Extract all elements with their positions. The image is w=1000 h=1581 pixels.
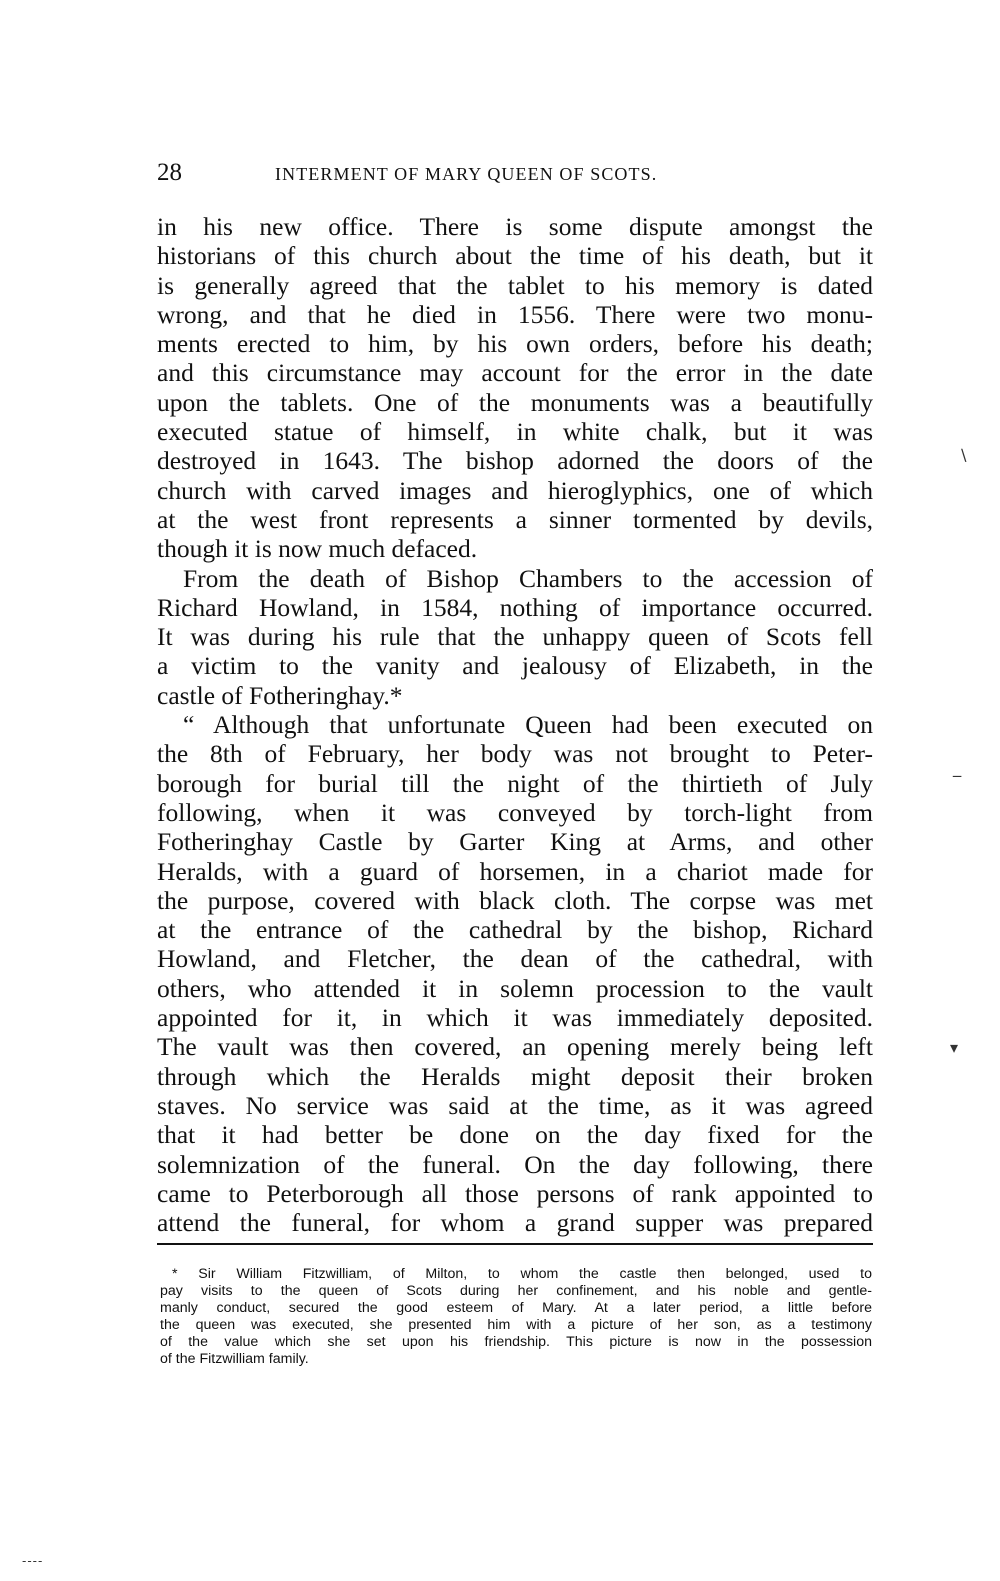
body-line: following, when it was conveyed by torch… bbox=[157, 798, 873, 827]
body-line: appointed for it, in which it was immedi… bbox=[157, 1003, 873, 1032]
body-line: is generally agreed that the tablet to h… bbox=[157, 271, 873, 300]
body-line: upon the tablets. One of the monuments w… bbox=[157, 388, 873, 417]
book-page: 28 INTERMENT OF MARY QUEEN OF SCOTS. in … bbox=[0, 0, 1000, 1581]
body-line: Fotheringhay Castle by Garter King at Ar… bbox=[157, 827, 873, 856]
body-line: at the entrance of the cathedral by the … bbox=[157, 915, 873, 944]
body-line: borough for burial till the night of the… bbox=[157, 769, 873, 798]
scan-artifact-mark: ‒ bbox=[952, 766, 962, 785]
footnote-line: * Sir William Fitzwilliam, of Milton, to… bbox=[160, 1266, 872, 1283]
paragraph-start-line: From the death of Bishop Chambers to the… bbox=[157, 564, 873, 593]
scan-artifact-mark: ▾ bbox=[950, 1038, 958, 1057]
footnote-line: pay visits to the queen of Scots during … bbox=[160, 1283, 872, 1300]
body-line: a victim to the vanity and jealousy of E… bbox=[157, 651, 873, 680]
scan-artifact-mark: ---- bbox=[22, 1554, 43, 1568]
running-header: 28 INTERMENT OF MARY QUEEN OF SCOTS. bbox=[157, 158, 873, 188]
body-line: Howland, and Fletcher, the dean of the c… bbox=[157, 944, 873, 973]
page-number: 28 bbox=[157, 158, 182, 188]
body-line: through which the Heralds might deposit … bbox=[157, 1062, 873, 1091]
footnote-line: the queen was executed, she presented hi… bbox=[160, 1317, 872, 1334]
footnote-line: of the value which she set upon his frie… bbox=[160, 1334, 872, 1351]
body-line: attend the funeral, for whom a grand sup… bbox=[157, 1208, 873, 1237]
footnote-line: manly conduct, secured the good esteem o… bbox=[160, 1300, 872, 1317]
body-line: It was during his rule that the unhappy … bbox=[157, 622, 873, 651]
body-line: in his new office. There is some dispute… bbox=[157, 212, 873, 241]
body-line: though it is now much defaced. bbox=[157, 534, 873, 563]
body-line: staves. No service was said at the time,… bbox=[157, 1091, 873, 1120]
quotation-start-line: “ Although that unfortunate Queen had be… bbox=[157, 710, 873, 739]
body-line: church with carved images and hieroglyph… bbox=[157, 476, 873, 505]
body-line: ments erected to him, by his own orders,… bbox=[157, 329, 873, 358]
body-line: and this circumstance may account for th… bbox=[157, 358, 873, 387]
body-line: wrong, and that he died in 1556. There w… bbox=[157, 300, 873, 329]
footnote-divider bbox=[157, 1243, 873, 1245]
body-line: historians of this church about the time… bbox=[157, 241, 873, 270]
scan-artifact-mark: ∖ bbox=[958, 446, 968, 465]
body-line: destroyed in 1643. The bishop adorned th… bbox=[157, 446, 873, 475]
body-line: Heralds, with a guard of horsemen, in a … bbox=[157, 857, 873, 886]
body-line: solemnization of the funeral. On the day… bbox=[157, 1150, 873, 1179]
footnote-line: of the Fitzwilliam family. bbox=[160, 1351, 872, 1368]
body-text: in his new office. There is some dispute… bbox=[157, 212, 873, 1237]
body-line: the purpose, covered with black cloth. T… bbox=[157, 886, 873, 915]
body-line-with-footnote-ref: castle of Fotheringhay.* bbox=[157, 681, 873, 710]
body-line: came to Peterborough all those persons o… bbox=[157, 1179, 873, 1208]
body-line: The vault was then covered, an opening m… bbox=[157, 1032, 873, 1061]
body-line: executed statue of himself, in white cha… bbox=[157, 417, 873, 446]
body-line: at the west front represents a sinner to… bbox=[157, 505, 873, 534]
running-title: INTERMENT OF MARY QUEEN OF SCOTS. bbox=[275, 161, 657, 187]
body-line: that it had better be done on the day fi… bbox=[157, 1120, 873, 1149]
body-line: Richard Howland, in 1584, nothing of imp… bbox=[157, 593, 873, 622]
body-line: the 8th of February, her body was not br… bbox=[157, 739, 873, 768]
body-line: others, who attended it in solemn proces… bbox=[157, 974, 873, 1003]
footnote: * Sir William Fitzwilliam, of Milton, to… bbox=[160, 1266, 872, 1368]
